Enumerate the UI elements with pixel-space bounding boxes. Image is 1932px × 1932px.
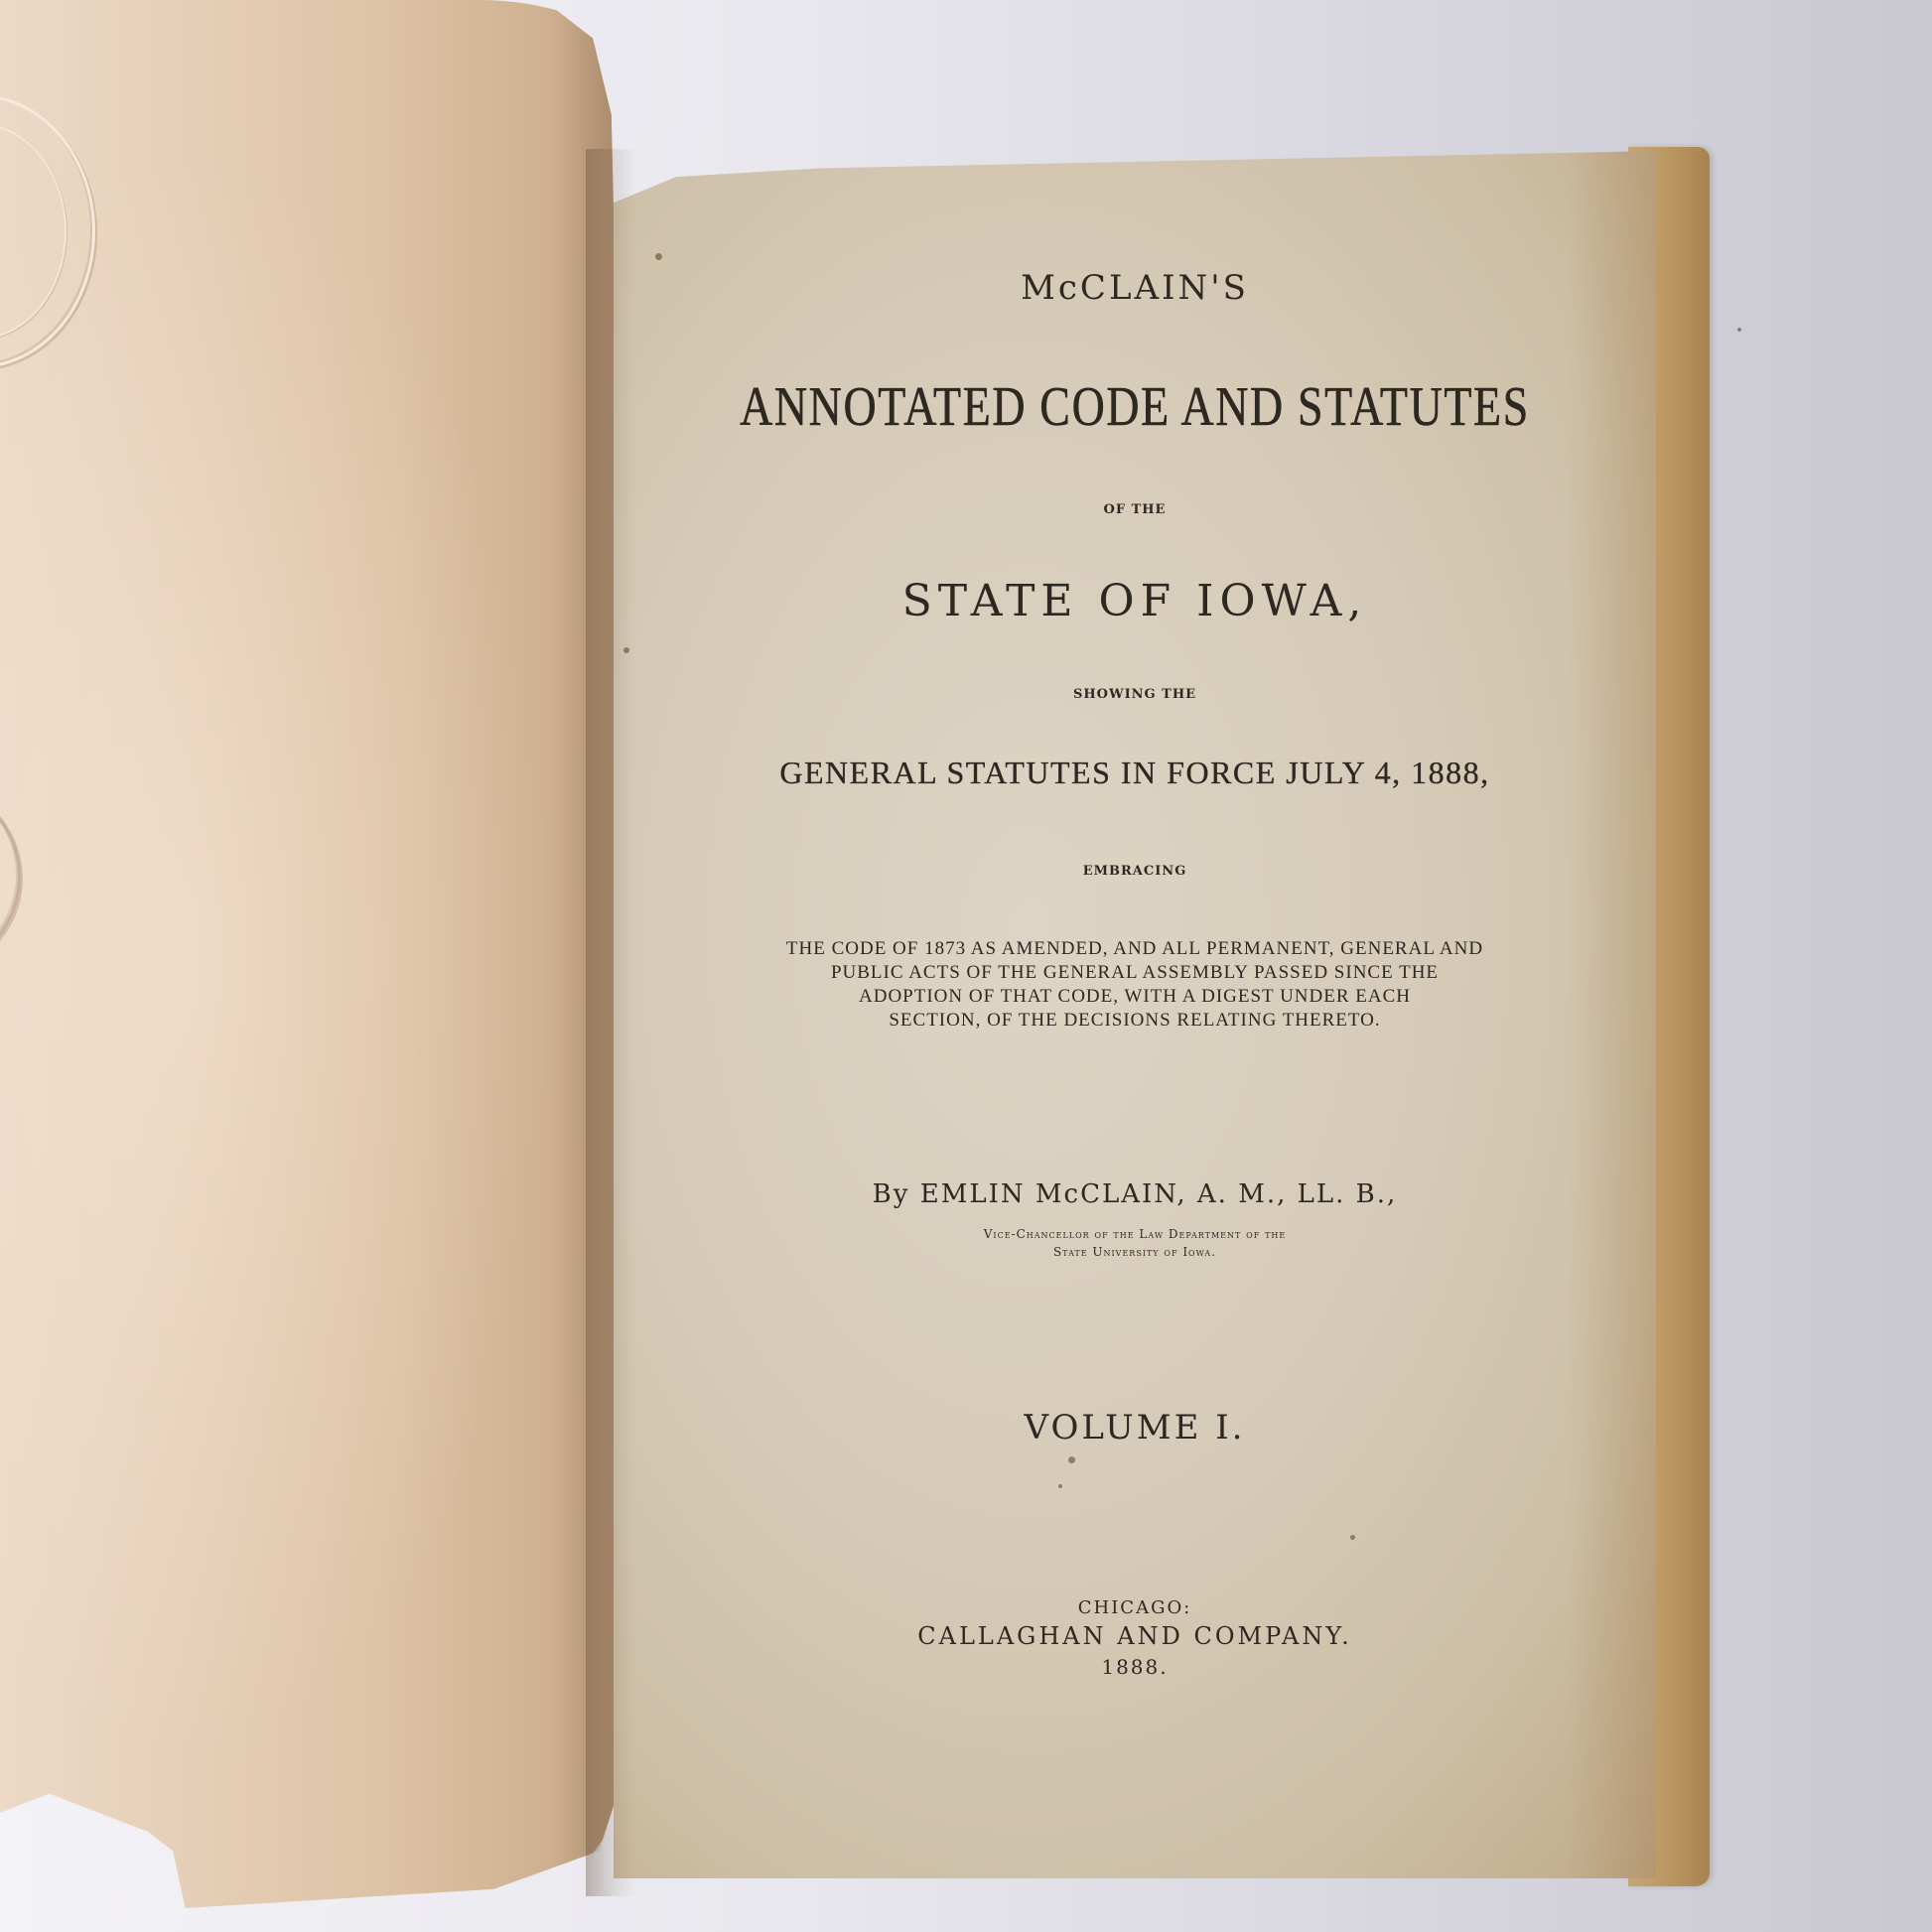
embracing-label: EMBRACING (614, 864, 1656, 879)
state-name: STATE OF IOWA, (614, 576, 1656, 626)
embossed-seal: E E E ✱ (0, 94, 95, 368)
description-line: SECTION, OF THE DECISIONS RELATING THERE… (614, 1009, 1656, 1033)
author-line: By EMLIN McCLAIN, A. M., LL. B., (614, 1179, 1656, 1209)
imprint-year: 1888. (614, 1652, 1656, 1682)
affiliation-line: State University of Iowa. (614, 1243, 1656, 1261)
description-line: PUBLIC ACTS OF THE GENERAL ASSEMBLY PASS… (614, 961, 1656, 985)
title-text-block: McCLAIN'S ANNOTATED CODE AND STATUTES OF… (614, 151, 1656, 1878)
foxing-spot (623, 647, 629, 653)
foxing-spot (655, 253, 662, 260)
gutter-shadow (586, 149, 635, 1896)
volume-label: VOLUME I. (614, 1408, 1656, 1448)
book-photo: E E E ✱ McCLAIN'S ANNOTATED CODE AND STA… (0, 0, 1932, 1932)
showing-the-label: SHOWING THE (614, 687, 1656, 702)
foxing-spot (1058, 1484, 1062, 1488)
general-statutes-line: GENERAL STATUTES IN FORCE JULY 4, 1888, (614, 755, 1656, 791)
embossed-seal-partial (0, 774, 21, 979)
author-name: EMLIN McCLAIN, A. M., LL. B., (920, 1179, 1398, 1209)
imprint-publisher: CALLAGHAN AND COMPANY. (614, 1620, 1656, 1652)
title-page: McCLAIN'S ANNOTATED CODE AND STATUTES OF… (614, 151, 1656, 1878)
description-line: THE CODE OF 1873 AS AMENDED, AND ALL PER… (614, 937, 1656, 961)
description-block: THE CODE OF 1873 AS AMENDED, AND ALL PER… (614, 937, 1656, 1033)
of-the-label: OF THE (614, 502, 1656, 517)
imprint: CHICAGO: CALLAGHAN AND COMPANY. 1888. (614, 1596, 1656, 1682)
foxing-spot (1068, 1456, 1075, 1463)
main-title: ANNOTATED CODE AND STATUTES (708, 375, 1563, 439)
by-prefix: By (873, 1179, 910, 1209)
left-page: E E E ✱ (0, 0, 618, 1908)
imprint-city: CHICAGO: (614, 1596, 1656, 1620)
description-line: ADOPTION OF THAT CODE, WITH A DIGEST UND… (614, 985, 1656, 1009)
author-possessive: McCLAIN'S (614, 268, 1656, 308)
author-affiliation: Vice-Chancellor of the Law Department of… (614, 1225, 1656, 1261)
affiliation-line: Vice-Chancellor of the Law Department of… (614, 1225, 1656, 1243)
foxing-spot (1350, 1535, 1355, 1540)
foxing-spot (1737, 328, 1741, 332)
